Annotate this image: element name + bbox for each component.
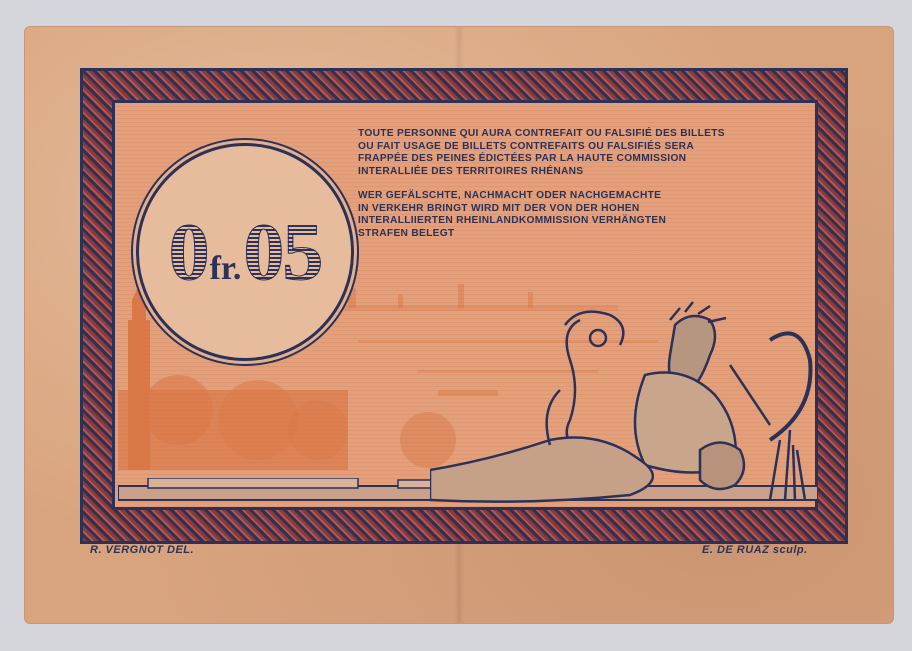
denomination-fraction: 05 <box>243 205 321 299</box>
denomination-value: 0 fr. 05 <box>169 205 322 299</box>
river-god-illustration <box>430 300 815 510</box>
warning-line: OU FAIT USAGE DE BILLETS CONTREFAITS OU … <box>358 141 808 154</box>
denomination-whole: 0 <box>169 205 208 299</box>
warning-line: WER GEFÄLSCHTE, NACHMACHT ODER NACHGEMAC… <box>358 190 808 203</box>
engraver-signature-left: R. VERGNOT DEL. <box>90 544 194 556</box>
warning-line: INTERALLIIERTEN RHEINLANDKOMMISSION VERH… <box>358 215 808 228</box>
denomination-unit: fr. <box>210 250 242 288</box>
warning-text-french: TOUTE PERSONNE QUI AURA CONTREFAIT OU FA… <box>358 128 808 178</box>
engraver-signature-right: E. DE RUAZ sculp. <box>702 544 808 556</box>
denomination-medallion: 0 fr. 05 <box>136 143 354 361</box>
warning-line: FRAPPÉE DES PEINES ÉDICTÉES PAR LA HAUTE… <box>358 153 808 166</box>
warning-text-german: WER GEFÄLSCHTE, NACHMACHT ODER NACHGEMAC… <box>358 190 808 240</box>
warning-line: TOUTE PERSONNE QUI AURA CONTREFAIT OU FA… <box>358 128 808 141</box>
warning-line: STRAFEN BELEGT <box>358 228 808 241</box>
warning-line: INTERALLIÉE DES TERRITOIRES RHÉNANS <box>358 166 808 179</box>
warning-line: IN VERKEHR BRINGT WIRD MIT DER VON DER H… <box>358 203 808 216</box>
